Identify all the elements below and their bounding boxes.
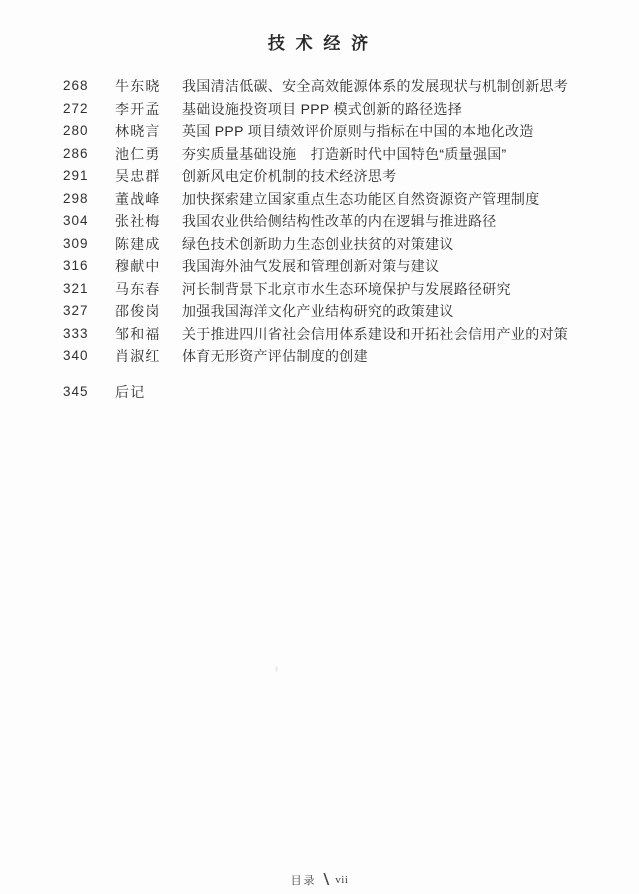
postscript-label: 后记 (115, 383, 182, 401)
entry-title: 体育无形资产评估制度的创建 (182, 347, 609, 365)
toc-entry: 291 吴忠群 创新风电定价机制的技术经济思考 (63, 167, 609, 190)
toc-entry: 280 林晓言 英国 PPP 项目绩效评价原则与指标在中国的本地化改造 (63, 122, 609, 145)
scan-artifact (275, 666, 278, 672)
entry-page-number: 345 (63, 383, 115, 401)
entry-title: 加快探索建立国家重点生态功能区自然资源资产管理制度 (182, 190, 609, 208)
toc-entry: 327 邵俊岗 加强我国海洋文化产业结构研究的政策建议 (63, 302, 609, 325)
footer-page-number: vii (335, 874, 348, 886)
entry-page-number: 286 (63, 145, 115, 163)
entry-author: 马东春 (115, 280, 182, 298)
entry-page-number: 298 (63, 190, 115, 208)
entry-author: 李开孟 (115, 100, 182, 118)
entry-page-number: 272 (63, 100, 115, 118)
entry-title: 基础设施投资项目 PPP 模式创新的路径选择 (182, 100, 609, 118)
entry-title: 英国 PPP 项目绩效评价原则与指标在中国的本地化改造 (182, 122, 609, 140)
entry-title: 河长制背景下北京市水生态环境保护与发展路径研究 (182, 280, 609, 298)
entry-page-number: 280 (63, 122, 115, 140)
entry-page-number: 333 (63, 325, 115, 343)
toc-entry: 304 张社梅 我国农业供给侧结构性改革的内在逻辑与推进路径 (63, 212, 609, 235)
entry-author: 林晓言 (115, 122, 182, 140)
document-page: { "toc": { "section_title": "技 术 经 济", "… (0, 0, 639, 894)
toc-entry: 268 牛东晓 我国清洁低碳、安全高效能源体系的发展现状与机制创新思考 (63, 77, 609, 100)
entry-title: 关于推进四川省社会信用体系建设和开拓社会信用产业的对策 (182, 325, 609, 343)
entry-author: 邹和福 (115, 325, 182, 343)
entry-title: 绿色技术创新助力生态创业扶贫的对策建议 (182, 235, 609, 253)
page-footer: 目录\vii (0, 870, 639, 890)
entry-author: 吴忠群 (115, 167, 182, 185)
entry-title: 夯实质量基础设施 打造新时代中国特色“质量强国” (182, 145, 609, 163)
section-title: 技 术 经 济 (0, 29, 639, 54)
toc-entry: 316 穆献中 我国海外油气发展和管理创新对策与建议 (63, 257, 609, 280)
toc-entry: 321 马东春 河长制背景下北京市水生态环境保护与发展路径研究 (63, 280, 609, 303)
footer-section-label: 目录 (291, 875, 317, 887)
toc-list: 268 牛东晓 我国清洁低碳、安全高效能源体系的发展现状与机制创新思考 272 … (63, 77, 609, 405)
entry-title: 我国农业供给侧结构性改革的内在逻辑与推进路径 (182, 212, 609, 230)
toc-entry: 298 董战峰 加快探索建立国家重点生态功能区自然资源资产管理制度 (63, 190, 609, 213)
toc-entry: 333 邹和福 关于推进四川省社会信用体系建设和开拓社会信用产业的对策 (63, 325, 609, 348)
entry-page-number: 309 (63, 235, 115, 253)
entry-author: 穆献中 (115, 257, 182, 275)
entry-title: 创新风电定价机制的技术经济思考 (182, 167, 609, 185)
entry-title: 我国清洁低碳、安全高效能源体系的发展现状与机制创新思考 (182, 77, 609, 95)
entry-author: 张社梅 (115, 212, 182, 230)
entry-author: 肖淑红 (115, 347, 182, 365)
entry-author: 董战峰 (115, 190, 182, 208)
toc-entry: 340 肖淑红 体育无形资产评估制度的创建 (63, 347, 609, 370)
entry-page-number: 316 (63, 257, 115, 275)
entry-page-number: 304 (63, 212, 115, 230)
toc-entry: 272 李开孟 基础设施投资项目 PPP 模式创新的路径选择 (63, 100, 609, 123)
entry-author: 邵俊岗 (115, 302, 182, 320)
entry-author: 陈建成 (115, 235, 182, 253)
entry-page-number: 291 (63, 167, 115, 185)
entry-page-number: 340 (63, 347, 115, 365)
footer-separator: \ (323, 870, 329, 890)
toc-entry: 309 陈建成 绿色技术创新助力生态创业扶贫的对策建议 (63, 235, 609, 258)
entry-author: 池仁勇 (115, 145, 182, 163)
postscript-entry: 345 后记 (63, 383, 609, 406)
entry-author: 牛东晓 (115, 77, 182, 95)
entry-title: 加强我国海洋文化产业结构研究的政策建议 (182, 302, 609, 320)
entry-page-number: 321 (63, 280, 115, 298)
entry-title: 我国海外油气发展和管理创新对策与建议 (182, 257, 609, 275)
entry-page-number: 327 (63, 302, 115, 320)
entry-page-number: 268 (63, 77, 115, 95)
toc-entry: 286 池仁勇 夯实质量基础设施 打造新时代中国特色“质量强国” (63, 145, 609, 168)
